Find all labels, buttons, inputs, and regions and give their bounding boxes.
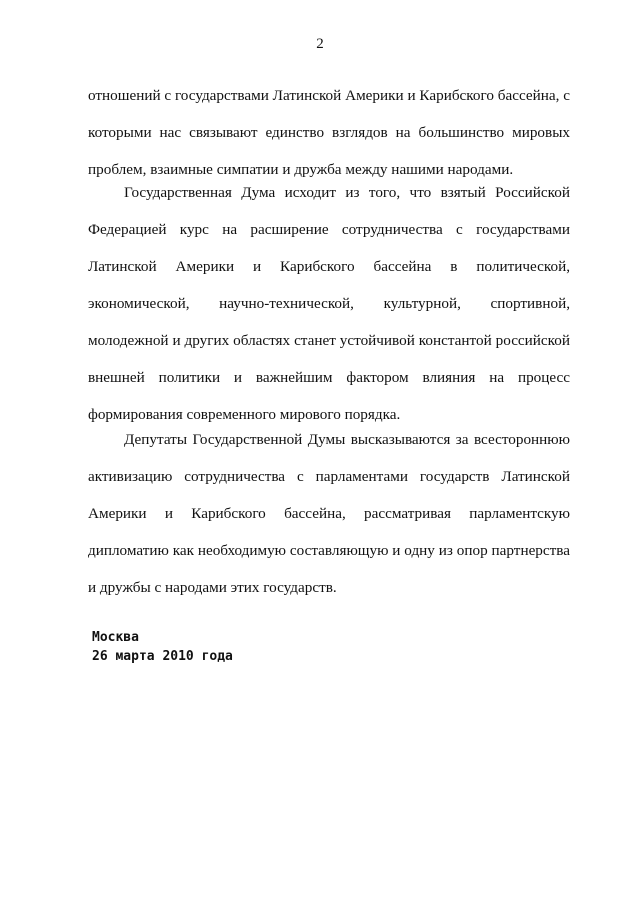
document-page: 2 отношений с государствами Латинской Ам…	[0, 0, 640, 900]
paragraph-line: и дружбы с народами этих государств.	[88, 578, 570, 598]
signature-date: 26 марта 2010 года	[92, 647, 233, 666]
paragraph-line: активизацию сотрудничества с парламентам…	[88, 467, 570, 487]
paragraph-line: молодежной и других областях станет усто…	[88, 331, 570, 351]
signature-block: Москва 26 марта 2010 года	[92, 628, 233, 666]
paragraph-line: формирования современного мирового поряд…	[88, 405, 570, 425]
paragraph-line: экономической, научно-технической, культ…	[88, 294, 570, 314]
paragraph-line: проблем, взаимные симпатии и дружба межд…	[88, 160, 570, 180]
paragraph-line: Америки и Карибского бассейна, рассматри…	[88, 504, 570, 524]
paragraph-line: Депутаты Государственной Думы высказываю…	[124, 430, 570, 450]
paragraph-line: которыми нас связывают единство взглядов…	[88, 123, 570, 143]
paragraph-line: Федерацией курс на расширение сотрудниче…	[88, 220, 570, 240]
paragraph-line: внешней политики и важнейшим фактором вл…	[88, 368, 570, 388]
paragraph-line: отношений с государствами Латинской Амер…	[88, 86, 570, 106]
paragraph-line: Государственная Дума исходит из того, чт…	[124, 183, 570, 203]
signature-city: Москва	[92, 628, 233, 647]
paragraph-line: дипломатию как необходимую составляющую …	[88, 541, 570, 561]
paragraph-line: Латинской Америки и Карибского бассейна …	[88, 257, 570, 277]
page-number: 2	[0, 36, 640, 53]
